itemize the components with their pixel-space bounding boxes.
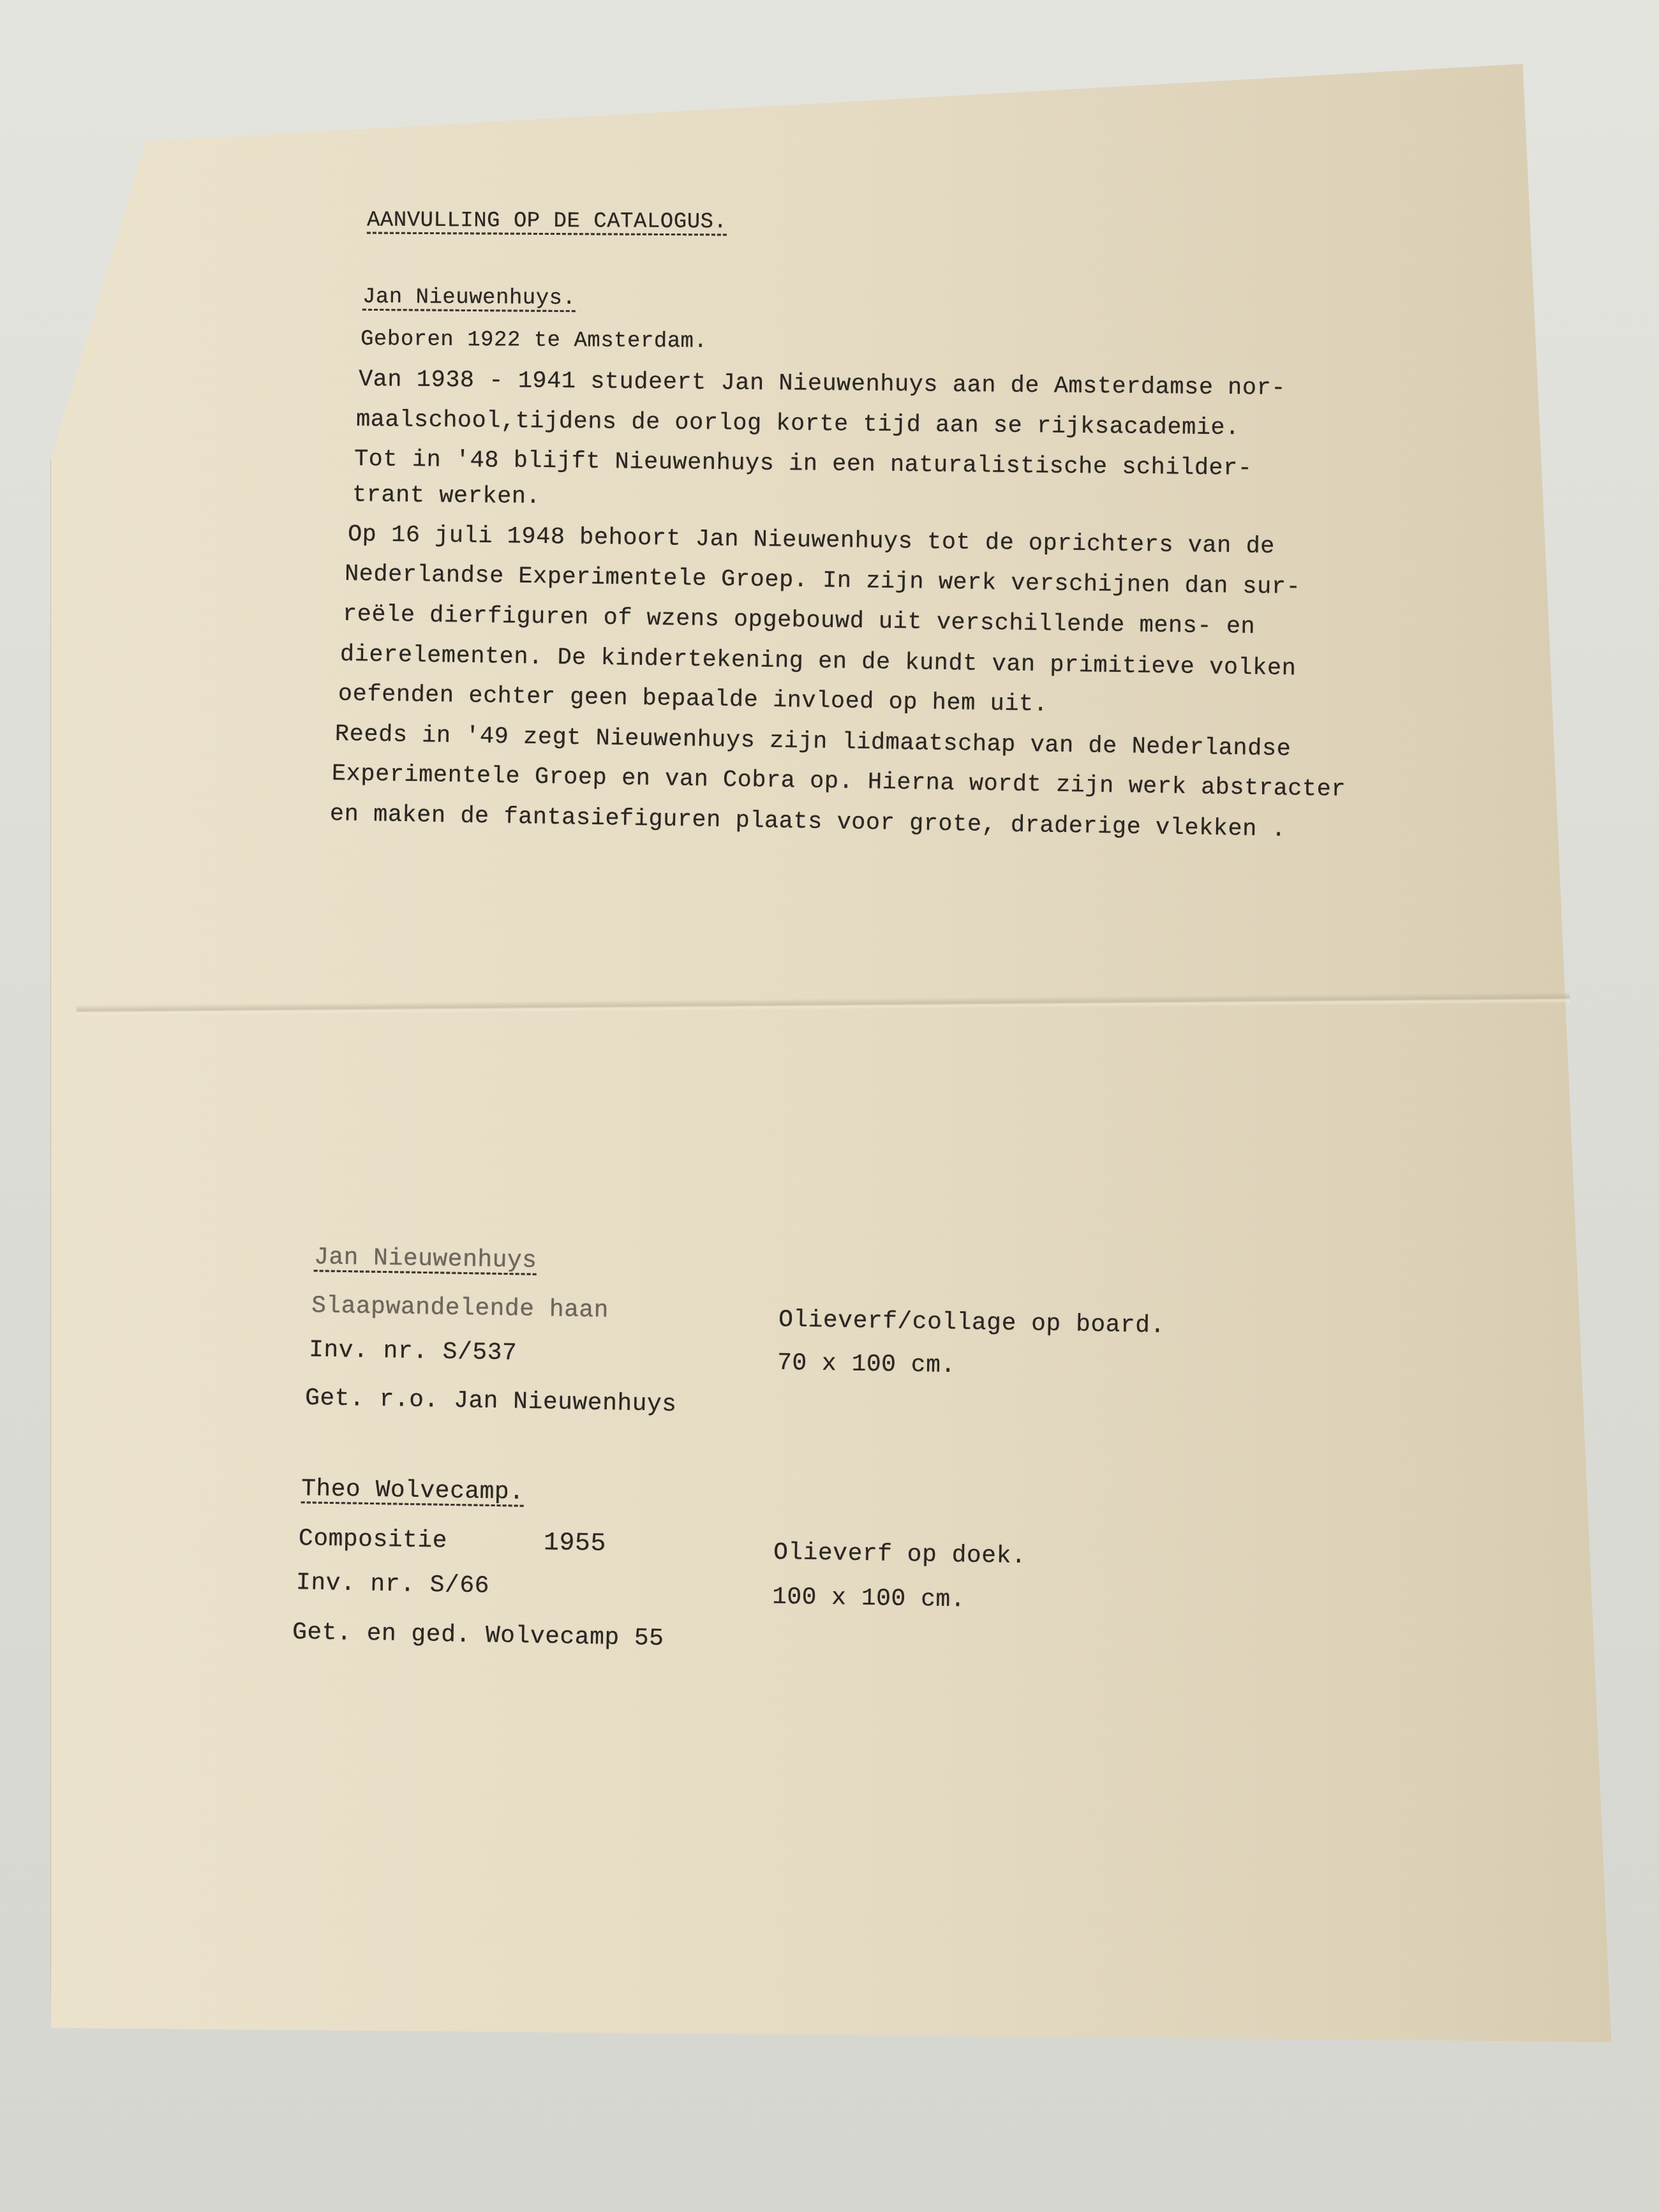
entry-inventory: Inv. nr. S/66 [296, 1571, 490, 1598]
entry-medium: Olieverf/collage op board. [778, 1308, 1165, 1339]
entry-title: Slaapwandelende haan [311, 1294, 609, 1323]
bio-line: Geboren 1922 te Amsterdam. [361, 329, 708, 353]
entry-artist: Jan Nieuwenhuys [314, 1245, 537, 1273]
entry-dimensions: 70 x 100 cm. [777, 1351, 956, 1378]
entry-dimensions: 100 x 100 cm. [772, 1585, 966, 1613]
entry-artist: Theo Wolvecamp. [301, 1477, 524, 1504]
entry-signature: Get. r.o. Jan Nieuwenhuys [305, 1386, 677, 1417]
entry-inventory: Inv. nr. S/537 [309, 1338, 517, 1365]
artist-name-heading: Jan Nieuwenhuys. [362, 286, 576, 309]
bio-line: trant werken. [352, 484, 541, 509]
entry-signature: Get. en ged. Wolvecamp 55 [292, 1621, 664, 1651]
entry-title: Compositie [299, 1527, 448, 1554]
document-heading: AANVULLING OP DE CATALOGUS. [367, 210, 727, 234]
entry-medium: Olieverf op doek. [773, 1541, 1027, 1569]
entry-year: 1955 [544, 1531, 607, 1557]
typed-sheet [51, 64, 1633, 2099]
